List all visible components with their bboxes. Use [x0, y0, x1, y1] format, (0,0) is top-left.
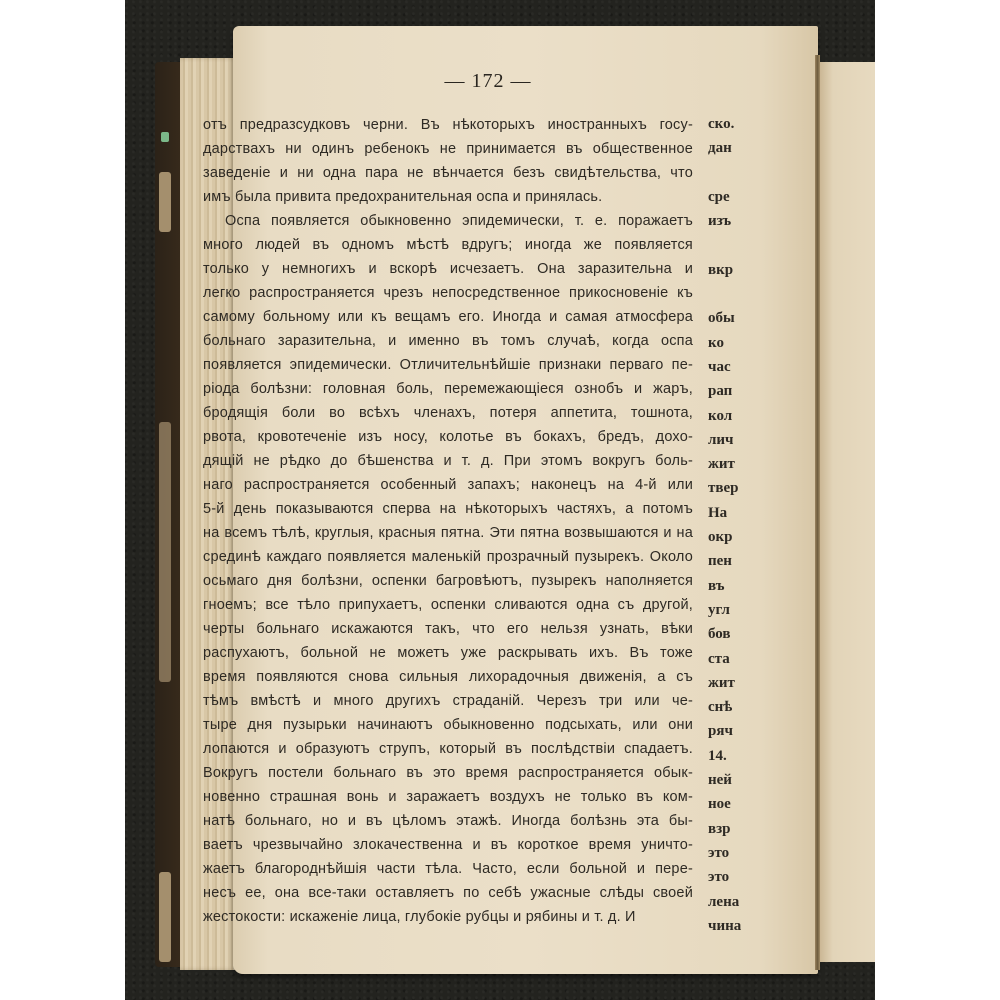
facing-page-line: ко [708, 331, 768, 355]
text-line: Вокругъ постели больнаго въ это время ра… [203, 761, 693, 785]
text-line: ріода болѣзни: головная боль, перемежающ… [203, 377, 693, 401]
facing-page-line: окр [708, 525, 768, 549]
text-line: новенно страшная вонь и заражаетъ воздух… [203, 785, 693, 809]
cover-wear [159, 872, 171, 962]
facing-page-line: твер [708, 476, 768, 500]
book-gutter [815, 55, 820, 970]
facing-page-line: жит [708, 671, 768, 695]
text-line: появляется эпидемически. Отличительнѣйші… [203, 353, 693, 377]
text-line: больнаго заразительна, и именно въ томъ … [203, 329, 693, 353]
facing-page-line: рап [708, 379, 768, 403]
text-line: заведеніе и ни одна пара не вѣнчается бе… [203, 161, 693, 185]
text-line: тыре дня пузырьки начинаютъ обыкновенно … [203, 713, 693, 737]
text-line: бродящія боли во всѣхъ членахъ, потеря а… [203, 401, 693, 425]
text-line: дящій не рѣдко до бѣшенства и т. д. При … [203, 449, 693, 473]
text-line: Оспа появляется обыкновенно эпидемически… [203, 209, 693, 233]
text-line: несъ ее, она все-таки оставляетъ по себѣ… [203, 881, 693, 905]
text-line: лопаются и образуютъ струпъ, который въ … [203, 737, 693, 761]
text-line: черты больнаго искажаются такъ, что его … [203, 617, 693, 641]
facing-page-text: ско.дансреизъвкробыкочасрапколличжиттвер… [708, 112, 768, 938]
facing-page-line: изъ [708, 209, 768, 233]
facing-page-line: это [708, 865, 768, 889]
text-line: ваетъ чрезвычайно злокачественна и въ ко… [203, 833, 693, 857]
facing-page-line: снѣ [708, 695, 768, 719]
facing-page-line: чина [708, 914, 768, 938]
facing-page-line: лена [708, 890, 768, 914]
facing-page-line [708, 161, 768, 185]
facing-page-line: ско. [708, 112, 768, 136]
facing-page-line: вкр [708, 258, 768, 282]
text-line: дарствахъ ни одинъ ребенокъ не принимает… [203, 137, 693, 161]
text-line: гноемъ; все тѣло припухаетъ, оспенки сли… [203, 593, 693, 617]
text-line: имъ была привита предохранительная оспа … [203, 185, 693, 209]
facing-page-line: дан [708, 136, 768, 160]
cover-wear [159, 172, 171, 232]
facing-page-line: пен [708, 549, 768, 573]
facing-page-line: бов [708, 622, 768, 646]
text-line: тѣмъ вмѣстѣ и много другихъ страданій. Ч… [203, 689, 693, 713]
facing-page-line: 14. [708, 744, 768, 768]
facing-page-line: ста [708, 647, 768, 671]
text-line: распухаютъ, больной не можетъ уже раскры… [203, 641, 693, 665]
page-number: — 172 — [388, 70, 588, 93]
text-line: 5-й день показываются сперва на нѣкоторы… [203, 497, 693, 521]
text-line: жестокости: искаженіе лица, глубокіе руб… [203, 905, 693, 929]
text-line: осьмаго дня болѣзни, оспенки багровѣютъ,… [203, 569, 693, 593]
right-page [818, 62, 875, 962]
facing-page-line: это [708, 841, 768, 865]
facing-page-line: кол [708, 404, 768, 428]
facing-page-line: взр [708, 817, 768, 841]
facing-page-line: На [708, 501, 768, 525]
facing-page-line: сре [708, 185, 768, 209]
facing-page-line: ряч [708, 719, 768, 743]
text-line: много людей въ одномъ мѣстѣ вдругъ; иног… [203, 233, 693, 257]
facing-page-line [708, 282, 768, 306]
facing-page-line: ное [708, 792, 768, 816]
text-line: самому больному или къ вещамъ его. Иногд… [203, 305, 693, 329]
text-line: время появляются снова сильныя лихорадоч… [203, 665, 693, 689]
facing-page-line: час [708, 355, 768, 379]
facing-page-line: угл [708, 598, 768, 622]
text-line: на всемъ тѣлѣ, круглыя, красныя пятна. Э… [203, 521, 693, 545]
facing-page-line: ней [708, 768, 768, 792]
text-line: наго распространяется особенный запахъ; … [203, 473, 693, 497]
text-line: жаетъ благороднѣйшія части тѣла. Часто, … [203, 857, 693, 881]
cover-wear [159, 422, 171, 682]
text-line: срединѣ каждаго появляется маленькій про… [203, 545, 693, 569]
body-text: отъ предразсудковъ черни. Въ нѣкоторыхъ … [203, 113, 693, 929]
text-line: отъ предразсудковъ черни. Въ нѣкоторыхъ … [203, 113, 693, 137]
facing-page-line: лич [708, 428, 768, 452]
facing-page-line: обы [708, 306, 768, 330]
text-line: натѣ больнаго, но и въ цѣломъ этажѣ. Ино… [203, 809, 693, 833]
text-line: легко распространяется чрезъ непосредств… [203, 281, 693, 305]
facing-page-line: въ [708, 574, 768, 598]
cover-stain [161, 132, 169, 142]
text-line: рвота, кровотеченіе изъ носу, колотье въ… [203, 425, 693, 449]
text-line: только у немногихъ и вскорѣ исчезаетъ. О… [203, 257, 693, 281]
facing-page-line: жит [708, 452, 768, 476]
facing-page-line [708, 233, 768, 257]
